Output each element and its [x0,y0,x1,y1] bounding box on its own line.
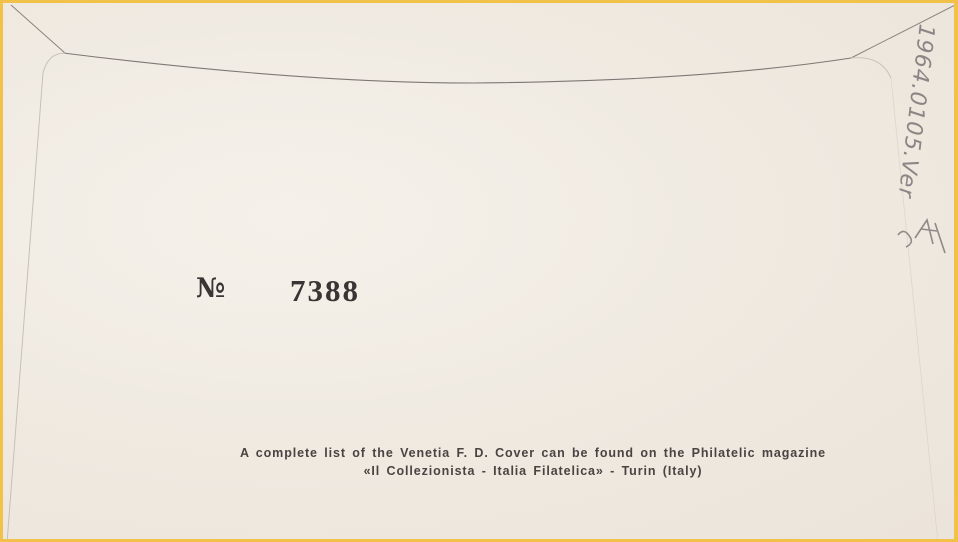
serial-number: 7388 [290,273,360,309]
envelope-back: № 7388 A complete list of the Venetia F.… [0,0,958,542]
philatelic-note-line-2: «Il Collezionista - Italia Filatelica» -… [3,462,958,480]
philatelic-note-line-1: A complete list of the Venetia F. D. Cov… [3,444,958,462]
serial-number-label: № [196,273,226,304]
philatelic-note: A complete list of the Venetia F. D. Cov… [3,444,958,480]
